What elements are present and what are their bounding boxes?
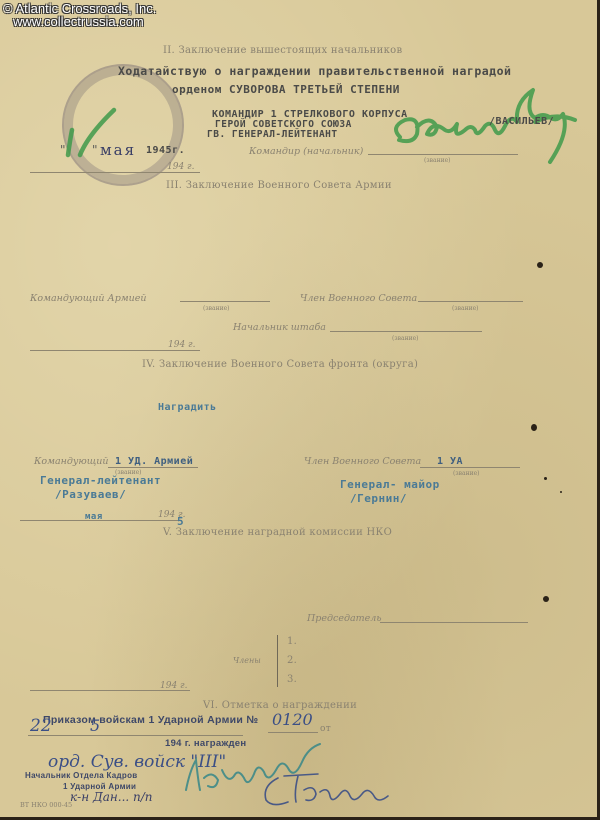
- paper-speck-1: [544, 477, 547, 480]
- recommendation-line2: орденом СУВОРОВА ТРЕТЬЕЙ СТЕПЕНИ: [172, 83, 400, 96]
- army-council-rank-caption: (звание): [452, 305, 478, 312]
- order-date-line: [28, 735, 243, 736]
- rank-caption: (звание): [424, 157, 450, 164]
- paper-speck-2: [560, 491, 562, 493]
- front-commander-rank: Генерал-лейтенант: [40, 474, 161, 487]
- chief-of-staff-label: Начальник штаба: [233, 322, 326, 333]
- section3-heading: III. Заключение Военного Совета Армии: [166, 180, 392, 191]
- paper-hole-2: [531, 424, 537, 431]
- chairman-line: [380, 622, 528, 623]
- date-quote-open: ": [60, 143, 66, 157]
- date-template-section5: 194 г.: [160, 681, 187, 691]
- personnel-office-handwritten: к-н Дан... п/п: [70, 790, 153, 804]
- army-commander-rank-caption: (звание): [203, 305, 229, 312]
- section5-heading: V. Заключение наградной комиссии НКО: [163, 527, 392, 538]
- personnel-office-line1: Начальник Отдела Кадров: [25, 771, 138, 780]
- front-council-rank: Генерал- майор: [340, 478, 440, 491]
- decision-award: Наградить: [158, 402, 217, 413]
- army-council-member-label: Член Военного Совета: [300, 293, 417, 304]
- army-commander-line: [180, 301, 270, 302]
- rank-line: [368, 154, 518, 155]
- front-commander-name: /Разуваев/: [55, 488, 126, 501]
- member-3: 3.: [287, 674, 297, 685]
- paper-hole-3: [543, 596, 549, 602]
- green-signature-vasiliev: [385, 82, 585, 172]
- army-council-member-line: [418, 301, 523, 302]
- chairman-label: Председатель: [307, 613, 382, 624]
- order-number-line: [268, 732, 318, 733]
- print-code: ВТ НКО 000-45: [20, 801, 72, 809]
- front-commander-line: [108, 467, 198, 468]
- order-date-month-handwritten: 5: [90, 716, 100, 735]
- chief-of-staff-rank-caption: (звание): [392, 335, 418, 342]
- commander-title-line3: ГВ. ГЕНЕРАЛ-ЛЕЙТЕНАНТ: [207, 129, 338, 140]
- front-council-member-label: Член Военного Совета: [304, 456, 421, 467]
- section4-heading: IV. Заключение Военного Совета фронта (о…: [142, 359, 418, 370]
- paper-hole-1: [537, 262, 543, 268]
- member-1: 1.: [287, 636, 297, 647]
- violet-signature-tabakov: [258, 766, 398, 816]
- section2-heading: II. Заключение вышестоящих начальников: [163, 45, 402, 56]
- website-watermark: www.collectrussia.com: [13, 15, 144, 28]
- front-council-name: /Гернин/: [350, 492, 407, 505]
- date-year-typed: 1945г.: [146, 145, 185, 156]
- recommendation-line1: Ходатайствую о награждении правительстве…: [118, 64, 511, 78]
- order-text-stamp: Приказом войскам 1 Ударной Армии №: [43, 714, 258, 726]
- order-suffix: от: [320, 724, 331, 734]
- date-line-section3: [30, 350, 200, 351]
- order-date-day-handwritten: 22: [30, 716, 52, 736]
- order-number-handwritten: 0120: [272, 710, 313, 729]
- member-2: 2.: [287, 655, 297, 666]
- front-council-rank-caption: (звание): [453, 470, 479, 477]
- members-bracket: [277, 635, 278, 687]
- date-template-section3: 194 г.: [168, 340, 195, 350]
- front-council-army: 1 УА: [437, 456, 463, 467]
- members-label: Члены: [233, 656, 261, 665]
- signer-name-vasiliev: /ВАСИЛЬЕВ/: [489, 116, 554, 127]
- date-quote-close: ": [92, 143, 98, 157]
- front-commander-army: 1 УД. Армией: [115, 456, 193, 467]
- date-template-section2: 194 г.: [167, 162, 194, 172]
- document-page: © Atlantic Crossroads, Inc. www.collectr…: [0, 0, 600, 820]
- chief-of-staff-line: [330, 331, 482, 332]
- front-date-month: мая: [85, 512, 103, 522]
- date-line-section2: [30, 172, 200, 173]
- commander-label: Командир (начальник): [249, 146, 363, 157]
- army-commander-label: Командующий Армией: [30, 293, 147, 304]
- front-council-member-line: [420, 467, 520, 468]
- date-month-handwritten: мая: [100, 141, 136, 159]
- front-commander-label: Командующий: [34, 456, 109, 467]
